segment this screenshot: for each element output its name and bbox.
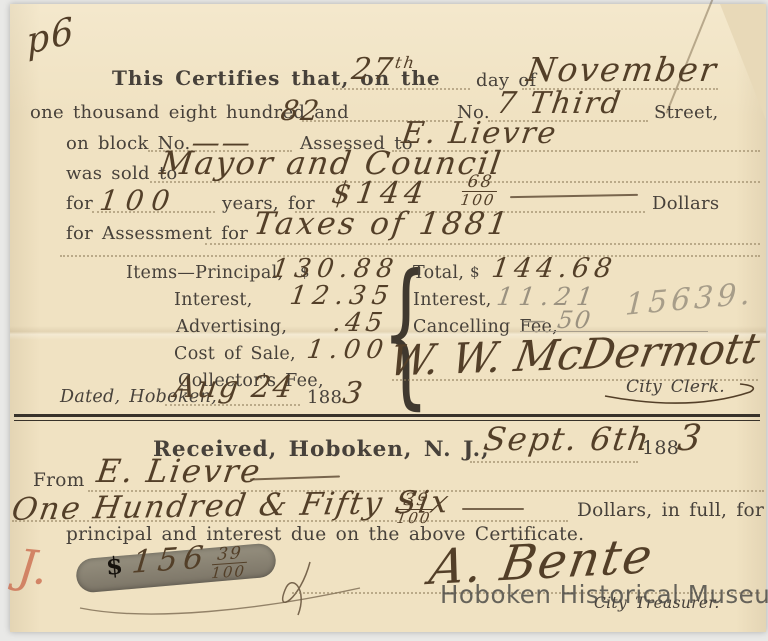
dated-year-printed: 188 xyxy=(307,387,342,408)
signature-flourish xyxy=(600,368,768,413)
sold-to-value: Mayor and Council xyxy=(157,144,505,182)
month-value: November xyxy=(524,50,720,89)
total-label: Total, xyxy=(413,263,464,283)
museum-watermark: Hoboken Historical Museum xyxy=(440,580,768,609)
for-label: for xyxy=(66,193,93,214)
advertising-value: .45 xyxy=(331,308,389,338)
interest-value: 12.35 xyxy=(288,281,397,311)
street-label: Street, xyxy=(654,102,719,123)
from-value: E. Lievre xyxy=(94,452,264,490)
dollars-in-full-label: Dollars, in full, for xyxy=(577,500,764,521)
items-principal-label: Items—Principal, xyxy=(126,263,283,283)
ink-dash xyxy=(462,508,524,510)
corner-fold xyxy=(720,4,766,120)
total-value: 144.68 xyxy=(490,253,619,284)
dated-value: Aug 24 xyxy=(172,370,297,405)
day-number-value: 27th xyxy=(350,52,418,87)
total-interest-label: Interest, xyxy=(413,290,492,310)
dotted-line xyxy=(332,88,470,90)
red-pencil-mark: J. xyxy=(15,539,50,596)
cost-of-sale-value: 1.00 xyxy=(305,335,391,365)
from-label: From xyxy=(33,470,85,491)
term-value: 100 xyxy=(98,184,180,217)
received-date-value: Sept. 6th xyxy=(481,420,653,458)
year-written-value: 82 xyxy=(279,94,323,127)
dotted-line xyxy=(205,243,760,245)
dotted-line xyxy=(470,461,638,463)
double-rule-top xyxy=(14,414,760,417)
stamp-flourish xyxy=(60,560,390,640)
items-interest-label: Interest, xyxy=(174,290,253,310)
day-suffix: th xyxy=(394,53,417,72)
dotted-line xyxy=(12,520,568,522)
dollars-label: Dollars xyxy=(652,193,719,214)
assessment-value: Taxes of 1881 xyxy=(251,206,512,242)
items-advertising-label: Advertising, xyxy=(176,317,287,337)
total-currency-sign: $ xyxy=(470,263,480,281)
assessment-label: for Assessment for xyxy=(66,223,248,244)
fraction-numerator: 68 xyxy=(467,174,495,191)
items-cost-of-sale-label: Cost of Sale, xyxy=(174,344,296,364)
amount-fraction: 68 100 xyxy=(460,174,499,208)
scanned-document: p6 This Certifies that, on the 27th day … xyxy=(0,0,768,641)
received-year-printed: 188 xyxy=(642,437,679,459)
fraction-numerator: 39 xyxy=(403,492,431,509)
